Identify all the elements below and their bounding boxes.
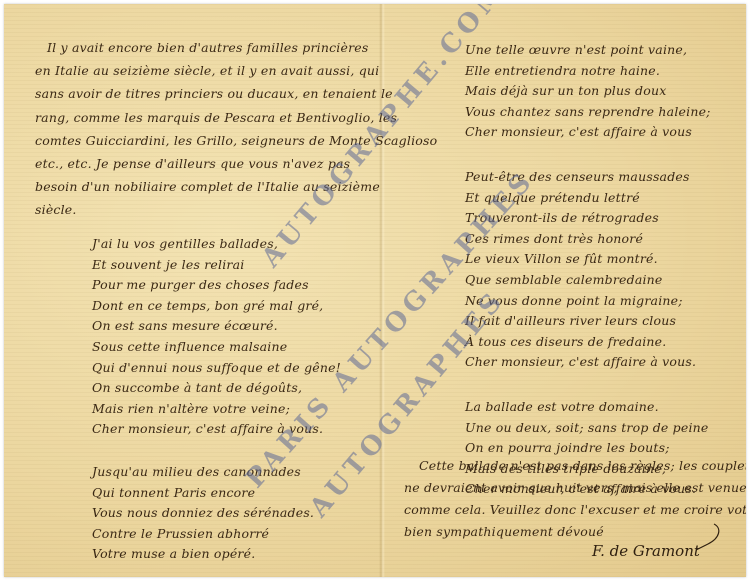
signature-flourish xyxy=(694,522,724,552)
verse-line: Ces rimes dont très honoré xyxy=(465,229,711,250)
prose-line: Il y avait encore bien d'autres familles… xyxy=(35,36,437,59)
verse-line: Jusqu'au milieu des canonnades xyxy=(92,462,341,483)
prose-line: siècle. xyxy=(35,198,437,221)
verse-line: Votre muse a bien opéré. xyxy=(92,544,341,565)
verse-line: Que semblable calembredaine xyxy=(465,270,711,291)
verse-line: Pour me purger des choses fades xyxy=(92,275,341,296)
verse-line: La ballade est votre domaine. xyxy=(465,397,711,418)
verse-line: Une telle œuvre n'est point vaine, xyxy=(465,40,711,61)
closing-line: comme cela. Veuillez donc l'excuser et m… xyxy=(404,499,746,521)
verse-line: Une ou deux, soit; sans trop de peine xyxy=(465,418,711,439)
verse-line: On est sans mesure écœuré. xyxy=(92,316,341,337)
verse-line: Cher monsieur, c'est affaire à vous. xyxy=(465,352,711,373)
verse-line: Dont en ce temps, bon gré mal gré, xyxy=(92,296,341,317)
verse-line: Elle entretiendra notre haine. xyxy=(465,61,711,82)
verse-line: Qui d'ennui nous suffoque et de gêne! xyxy=(92,358,341,379)
verse-line: Qui tonnent Paris encore xyxy=(92,483,341,504)
verse-line: Vous nous donniez des sérénades. xyxy=(92,503,341,524)
verse-line: Et souvent je les relirai xyxy=(92,255,341,276)
verse-line: Vous chantez sans reprendre haleine; xyxy=(465,102,711,123)
closing-line: ne devraient avoir que huit vers, mais e… xyxy=(404,477,746,499)
verse-line: On succombe à tant de dégoûts, xyxy=(92,378,341,399)
verse-line: Sous cette influence malsaine xyxy=(92,337,341,358)
prose-line: besoin d'un nobiliaire complet de l'Ital… xyxy=(35,175,437,198)
verse-line: Contre le Prussien abhorré xyxy=(92,524,341,545)
right-page-verse: Une telle œuvre n'est point vaine, Elle … xyxy=(465,40,711,522)
signature: F. de Gramont xyxy=(592,542,700,560)
closing-line: Cette ballade n'est pas dans les règles;… xyxy=(404,455,746,477)
verse-line: Mais déjà sur un ton plus doux xyxy=(465,81,711,102)
letter-sheet: Il y avait encore bien d'autres familles… xyxy=(4,4,746,577)
verse-line: Le vieux Villon se fût montré. xyxy=(465,249,711,270)
stanza: Une telle œuvre n'est point vaine, Elle … xyxy=(465,40,711,143)
prose-line: en Italie au seizième siècle, et il y en… xyxy=(35,59,437,82)
stanza: Jusqu'au milieu des canonnades Qui tonne… xyxy=(92,462,341,565)
verse-line: À tous ces diseurs de fredaine. xyxy=(465,332,711,353)
prose-line: sans avoir de titres princiers ou ducaux… xyxy=(35,82,437,105)
verse-line: Cher monsieur, c'est affaire à vous xyxy=(465,122,711,143)
